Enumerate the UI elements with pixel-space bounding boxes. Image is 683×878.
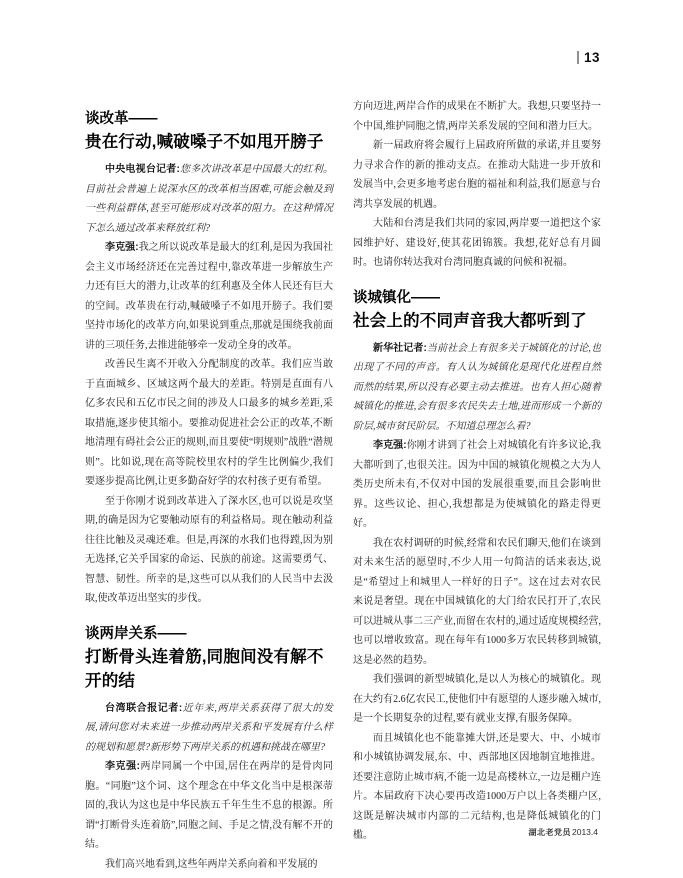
page: 13 谈改革—— 贵在行动,喊破嗓子不如甩开膀子 中央电视台记者:您多次讲改革是… [0,0,683,878]
answer-text: 你刚才讲到了社会上对城镇化有许多议论,我大都听到了,也很关注。因为中国的城镇化规… [353,440,601,529]
page-number: 13 [577,50,600,65]
section-tag: 谈城镇化—— [353,287,601,309]
answer-paragraph: 李克强:你刚才讲到了社会上对城镇化有许多议论,我大都听到了,也很关注。因为中国的… [353,436,601,534]
speaker-name: 李克强: [105,242,139,253]
section-head-cross-strait: 谈两岸关系—— 打断骨头连着筋,同胞间没有解不开的结 [85,623,333,693]
question-paragraph: 台湾联合报记者:近年来,两岸关系获得了很大的发展,请问您对未来进一步推动两岸关系… [85,699,333,758]
answer-text: 我之所以说改革是最大的红利,是因为我国社会主义市场经济还在完善过程中,靠改革进一… [85,242,333,351]
answer-paragraph: 改善民生离不开收入分配制度的改革。我们应当敢于直面城乡、区域这两个最大的差距。特… [85,355,333,492]
speaker-name: 中央电视台记者: [105,164,180,175]
section-head-reform: 谈改革—— 贵在行动,喊破嗓子不如甩开膀子 [85,108,333,154]
speaker-name: 新华社记者: [373,343,427,354]
section-title: 贵在行动,喊破嗓子不如甩开膀子 [85,130,333,154]
journal-name: 湖北老党员 [529,827,572,838]
answer-paragraph: 李克强:我之所以说改革是最大的红利,是因为我国社会主义市场经济还在完善过程中,靠… [85,238,333,355]
section-title: 打断骨头连着筋,同胞间没有解不开的结 [85,645,333,693]
answer-paragraph: 我在农村调研的时候,经常和农民们聊天,他们在谈到对未来生活的愿望时,不少人用一句… [353,534,601,671]
page-number-value: 13 [584,50,600,65]
issue-date: 2013.4 [572,827,598,837]
answer-text: 两岸同属一个中国,居住在两岸的是骨肉同胞。“同胞”这个词、这个理念在中华文化当中… [85,761,333,850]
page-number-divider [577,51,579,64]
answer-paragraph: 至于你刚才说到改革进入了深水区,也可以说是攻坚期,的确是因为它要触动原有的利益格… [85,492,333,609]
section-title: 社会上的不同声音我大都听到了 [353,309,601,333]
answer-paragraph: 李克强:两岸同属一个中国,居住在两岸的是骨肉同胞。“同胞”这个词、这个理念在中华… [85,757,333,855]
question-text: 当前社会上有很多关于城镇化的讨论,也出现了不同的声音。有人认为城镇化是现代化进程… [353,343,601,432]
right-column: 方向迈进,两岸合作的成果在不断扩大。我想,只要坚持一个中国,维护同胞之情,两岸关… [353,97,601,874]
article-columns: 谈改革—— 贵在行动,喊破嗓子不如甩开膀子 中央电视台记者:您多次讲改革是中国最… [85,97,601,874]
speaker-name: 台湾联合报记者: [105,703,182,714]
answer-paragraph-continued: 方向迈进,两岸合作的成果在不断扩大。我想,只要坚持一个中国,维护同胞之情,两岸关… [353,97,601,136]
section-tag: 谈两岸关系—— [85,623,333,645]
speaker-name: 李克强: [373,440,407,451]
answer-paragraph: 我们高兴地看到,这些年两岸关系向着和平发展的 [85,855,333,875]
question-paragraph: 新华社记者:当前社会上有很多关于城镇化的讨论,也出现了不同的声音。有人认为城镇化… [353,339,601,437]
answer-paragraph: 我们强调的新型城镇化,是以人为核心的城镇化。现在大约有2.6亿农民工,使他们中有… [353,670,601,729]
section-head-urbanization: 谈城镇化—— 社会上的不同声音我大都听到了 [353,287,601,333]
section-tag: 谈改革—— [85,108,333,130]
speaker-name: 李克强: [105,761,140,772]
question-paragraph: 中央电视台记者:您多次讲改革是中国最大的红利。目前社会普遍上说深水区的改革相当困… [85,160,333,238]
answer-paragraph: 大陆和台湾是我们共同的家园,两岸要一道把这个家园维护好、建设好,使其花团锦簇。我… [353,214,601,273]
answer-paragraph: 新一届政府将会履行上届政府所做的承诺,并且要努力寻求合作的新的推动支点。在推动大… [353,136,601,214]
left-column: 谈改革—— 贵在行动,喊破嗓子不如甩开膀子 中央电视台记者:您多次讲改革是中国最… [85,97,333,874]
journal-footer: 湖北老党员2013.4 [529,827,599,838]
